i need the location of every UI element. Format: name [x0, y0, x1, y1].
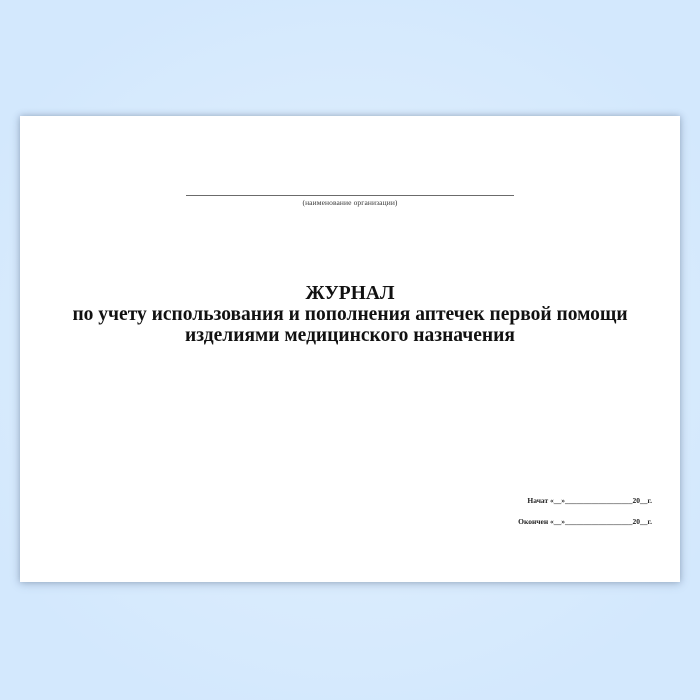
organization-name-line	[186, 195, 514, 196]
title-line-main: ЖУРНАЛ	[20, 283, 680, 304]
title-line-3: изделиями медицинского назначения	[20, 325, 680, 346]
organization-caption: (наименование организации)	[20, 198, 680, 207]
journal-title: ЖУРНАЛ по учету использования и пополнен…	[20, 283, 680, 346]
end-date-field: Окончен «__»__________________20__г.	[518, 517, 652, 527]
title-line-2: по учету использования и пополнения апте…	[20, 304, 680, 325]
date-fields: Начат «__»__________________20__г. Оконч…	[518, 496, 652, 538]
start-date-field: Начат «__»__________________20__г.	[518, 496, 652, 506]
journal-cover-page: (наименование организации) ЖУРНАЛ по уче…	[20, 116, 680, 582]
